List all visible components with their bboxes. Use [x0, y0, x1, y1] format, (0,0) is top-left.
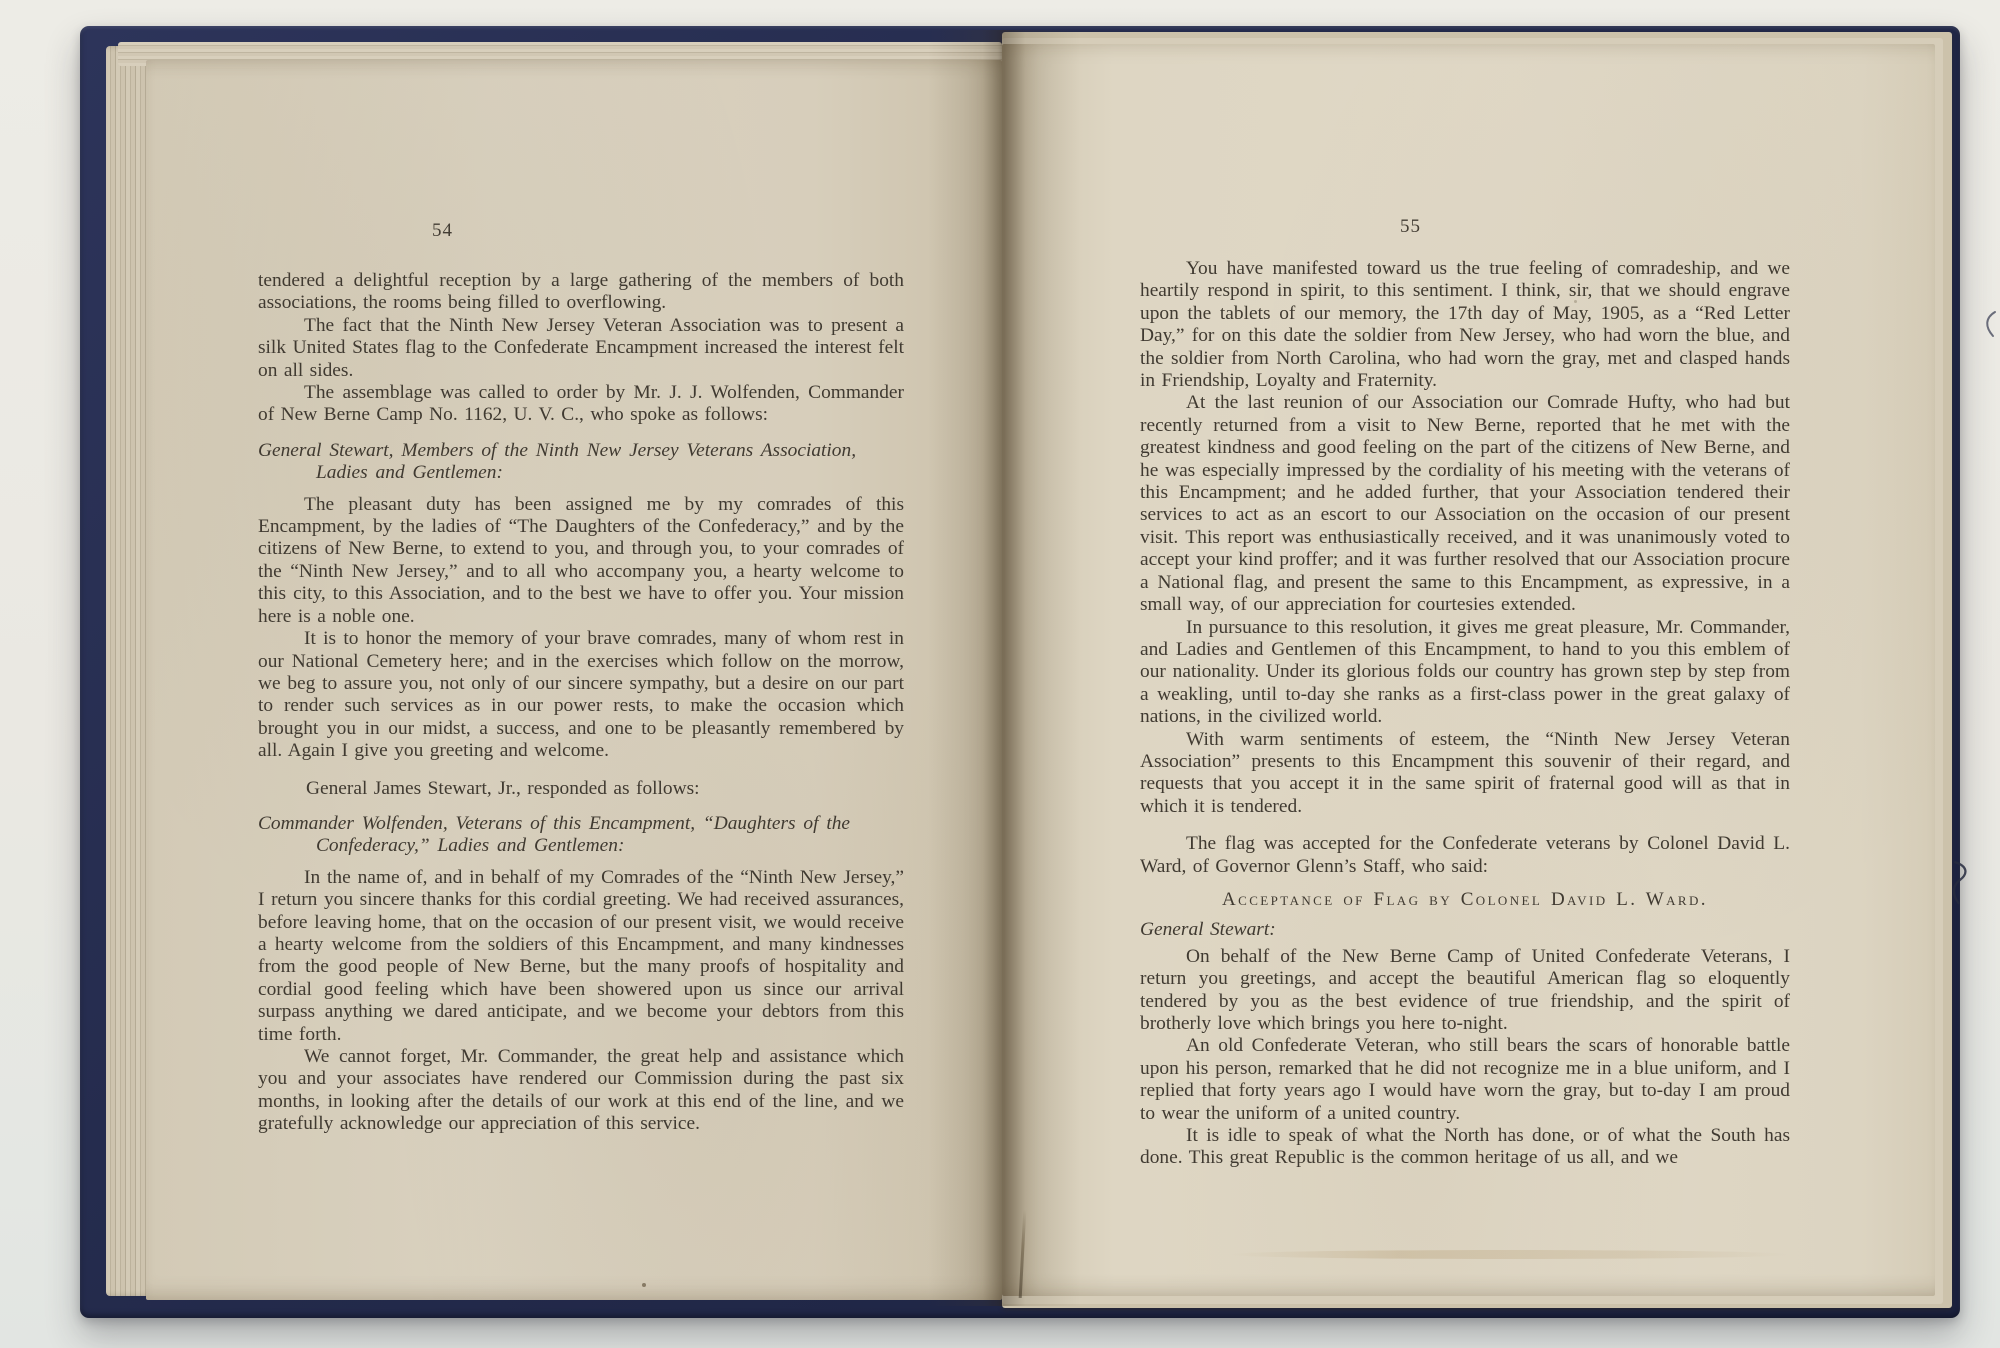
- page-number-54: 54: [432, 220, 453, 242]
- paragraph: The fact that the Ninth New Jersey Veter…: [258, 315, 904, 382]
- paper-stain: [1230, 1250, 1790, 1259]
- paragraph: On behalf of the New Berne Camp of Unite…: [1140, 946, 1790, 1036]
- paragraph: An old Confederate Veteran, who still be…: [1140, 1035, 1790, 1125]
- speech-salutation: General Stewart:: [1140, 919, 1790, 941]
- paragraph: In the name of, and in behalf of my Comr…: [258, 867, 904, 1046]
- paragraph: With warm sentiments of esteem, the “Nin…: [1140, 729, 1790, 819]
- paragraph: It is to honor the memory of your brave …: [258, 628, 904, 762]
- scan-background: 54 55 tendered a delightful reception by…: [0, 0, 2000, 1348]
- speech-salutation: General Stewart, Members of the Ninth Ne…: [258, 440, 904, 485]
- paragraph: The pleasant duty has been assigned me b…: [258, 494, 904, 628]
- page-55-text-column: You have manifested toward us the true f…: [1140, 258, 1790, 1170]
- speaker-line: General James Stewart, Jr., responded as…: [306, 778, 904, 800]
- paragraph: At the last reunion of our Association o…: [1140, 392, 1790, 616]
- paper-speck: [642, 1283, 646, 1287]
- speech-salutation: Commander Wolfenden, Veterans of this En…: [258, 813, 904, 858]
- paragraph: tendered a delightful reception by a lar…: [258, 270, 904, 315]
- paragraph: The assemblage was called to order by Mr…: [258, 382, 904, 427]
- section-heading: Acceptance of Flag by Colonel David L. W…: [1140, 889, 1790, 911]
- paragraph: It is idle to speak of what the North ha…: [1140, 1125, 1790, 1170]
- edge-ink-mark-icon: [1982, 310, 1998, 343]
- paragraph: You have manifested toward us the true f…: [1140, 258, 1790, 392]
- page-number-55: 55: [1400, 216, 1421, 238]
- paragraph: The flag was accepted for the Confederat…: [1140, 833, 1790, 878]
- paragraph: We cannot forget, Mr. Commander, the gre…: [258, 1046, 904, 1136]
- page-54-text-column: tendered a delightful reception by a lar…: [258, 270, 904, 1136]
- paragraph: In pursuance to this resolution, it give…: [1140, 617, 1790, 729]
